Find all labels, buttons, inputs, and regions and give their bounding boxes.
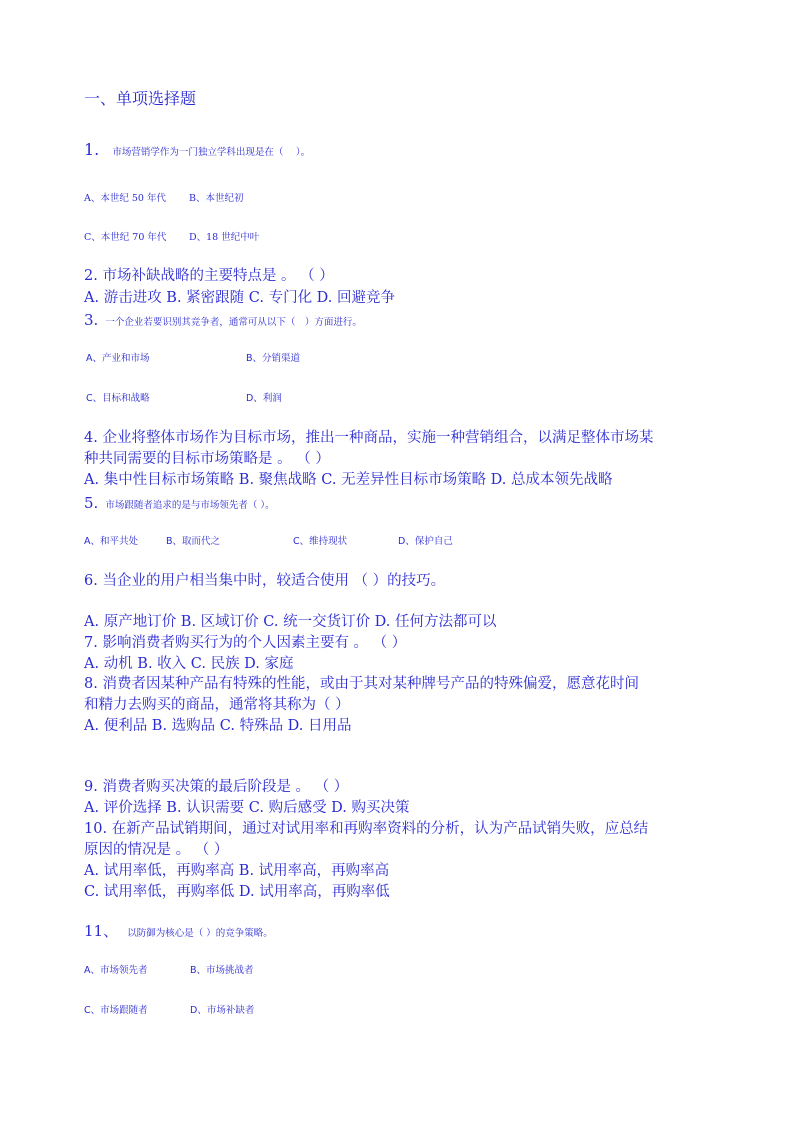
option-b: B、市场挑战者 <box>190 962 254 976</box>
question-4-options: A. 集中性目标市场策略 B. 聚焦战略 C. 无差异性目标市场策略 D. 总成… <box>84 468 613 489</box>
option-c: C、维持现状 <box>293 533 347 547</box>
question-10-options-1: A. 试用率低，再购率高 B. 试用率高，再购率高 <box>84 859 389 880</box>
question-3: 3. 一个企业若要识别其竞争者，通常可从以下（ ）方面进行。 <box>84 310 362 329</box>
option-a: A、本世纪 50 年代 <box>84 190 166 204</box>
question-5: 5. 市场跟随者追求的是与市场领先者（ ）。 <box>84 493 275 512</box>
question-text: 市场跟随者追求的是与市场领先者（ ）。 <box>105 500 274 511</box>
option-c: C、目标和战略 <box>86 390 150 404</box>
option-a: A、市场领先者 <box>84 962 148 976</box>
option-d: D、利润 <box>246 390 282 404</box>
question-9: 9. 消费者购买决策的最后阶段是 。 （ ） <box>84 775 348 796</box>
question-number: 3. <box>84 311 98 329</box>
question-text: 以防御为核心是（ ）的竞争策略。 <box>127 928 273 939</box>
question-6: 6. 当企业的用户相当集中时，较适合使用 （ ）的技巧。 <box>84 569 445 590</box>
option-c: C、本世纪 70 年代 <box>84 229 166 243</box>
option-c: C、市场跟随者 <box>84 1002 148 1016</box>
question-2: 2. 市场补缺战略的主要特点是 。 （ ） <box>84 264 334 285</box>
question-8-line-2: 和精力去购买的商品，通常将其称为（ ） <box>84 693 350 714</box>
question-4-line-1: 4. 企业将整体市场作为目标市场，推出一种商品，实施一种营销组合，以满足整体市场… <box>84 426 653 447</box>
question-11: 11、 以防御为核心是（ ）的竞争策略。 <box>84 920 273 941</box>
option-d: D、市场补缺者 <box>190 1002 254 1016</box>
question-7: 7. 影响消费者购买行为的个人因素主要有 。 （ ） <box>84 631 406 652</box>
question-10-options-2: C. 试用率低，再购率低 D. 试用率高，再购率低 <box>84 880 390 901</box>
option-d: D、保护自己 <box>398 533 453 547</box>
section-title: 一、单项选择题 <box>84 86 196 109</box>
option-b: B、本世纪初 <box>189 190 243 204</box>
question-number: 5. <box>84 494 98 512</box>
option-b: B、分销渠道 <box>246 350 300 364</box>
question-8-options: A. 便利品 B. 选购品 C. 特殊品 D. 日用品 <box>84 714 352 735</box>
question-number: 11、 <box>84 922 118 940</box>
option-b: B、取而代之 <box>166 533 220 547</box>
question-10-line-2: 原因的情况是 。 （ ） <box>84 838 228 859</box>
question-10-line-1: 10. 在新产品试销期间，通过对试用率和再购率资料的分析，认为产品试销失败，应总… <box>84 817 648 838</box>
question-7-options: A. 动机 B. 收入 C. 民族 D. 家庭 <box>84 652 294 673</box>
option-a: A、产业和市场 <box>86 350 150 364</box>
question-1: 1. 市场营销学作为一门独立学科出现是在（ ）。 <box>84 140 310 159</box>
option-a: A、和平共处 <box>84 533 138 547</box>
question-text: 市场营销学作为一门独立学科出现是在（ ）。 <box>112 147 310 158</box>
question-9-options: A. 评价选择 B. 认识需要 C. 购后感受 D. 购买决策 <box>84 796 410 817</box>
question-2-options: A. 游击进攻 B. 紧密跟随 C. 专门化 D. 回避竞争 <box>84 286 395 307</box>
question-8-line-1: 8. 消费者因某种产品有特殊的性能，或由于其对某种牌号产品的特殊偏爱，愿意花时间 <box>84 672 639 693</box>
question-6-options: A. 原产地订价 B. 区域订价 C. 统一交货订价 D. 任何方法都可以 <box>84 610 497 631</box>
question-text: 一个企业若要识别其竞争者，通常可从以下（ ）方面进行。 <box>105 317 362 328</box>
option-d: D、18 世纪中叶 <box>189 229 259 243</box>
question-number: 1. <box>84 140 99 159</box>
question-4-line-2: 种共同需要的目标市场策略是 。 （ ） <box>84 447 330 468</box>
